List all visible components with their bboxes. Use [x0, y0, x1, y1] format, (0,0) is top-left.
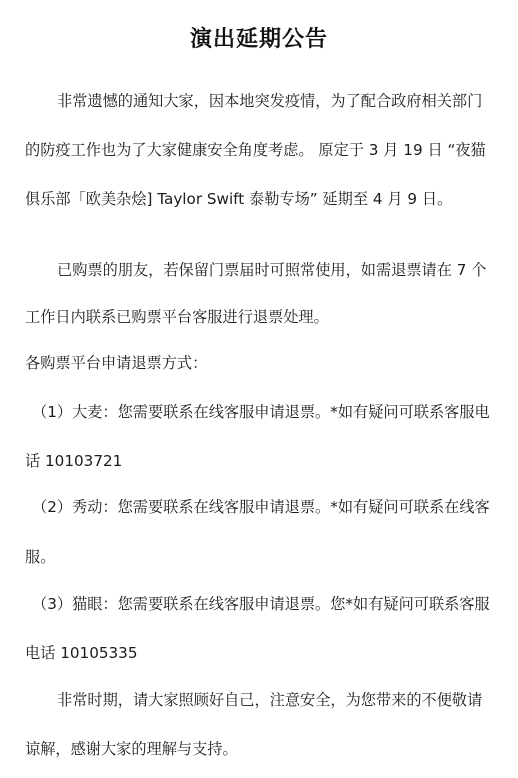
closing-line-2: 谅解，感谢大家的理解与支持。	[25, 739, 500, 759]
platform-maoyan-line-1: （3）猫眼：您需要联系在线客服申请退票。您*如有疑问可联系客服	[32, 594, 507, 614]
paragraph-1-line-2: 的防疫工作也为了大家健康安全角度考虑。 原定于 3 月 19 日 “夜猫	[25, 140, 500, 160]
platform-maoyan-line-2: 电话 10105335	[25, 643, 500, 663]
platform-showstart-line-1: （2）秀动：您需要联系在线客服申请退票。*如有疑问可联系在线客	[32, 497, 507, 517]
paragraph-2-line-2: 工作日内联系已购票平台客服进行退票处理。	[25, 307, 500, 327]
paragraph-1-line-3: 俱乐部「欧美杂烩] Taylor Swift 泰勒专场” 延期至 4 月 9 日…	[25, 189, 500, 209]
paragraph-1-line-1: 非常遗憾的通知大家，因本地突发疫情，为了配合政府相关部门	[57, 91, 518, 111]
closing-line-1: 非常时期，请大家照顾好自己，注意安全，为您带来的不便敬请	[57, 690, 518, 710]
paragraph-2-line-1: 已购票的朋友，若保留门票届时可照常使用，如需退票请在 7 个	[57, 260, 518, 280]
platform-damai-line-2: 话 10103721	[25, 451, 500, 471]
platform-damai-line-1: （1）大麦：您需要联系在线客服申请退票。*如有疑问可联系客服电	[32, 402, 507, 422]
document-title: 演出延期公告	[0, 22, 518, 53]
refund-methods-heading: 各购票平台申请退票方式：	[25, 353, 500, 373]
platform-showstart-line-2: 服。	[25, 547, 500, 567]
